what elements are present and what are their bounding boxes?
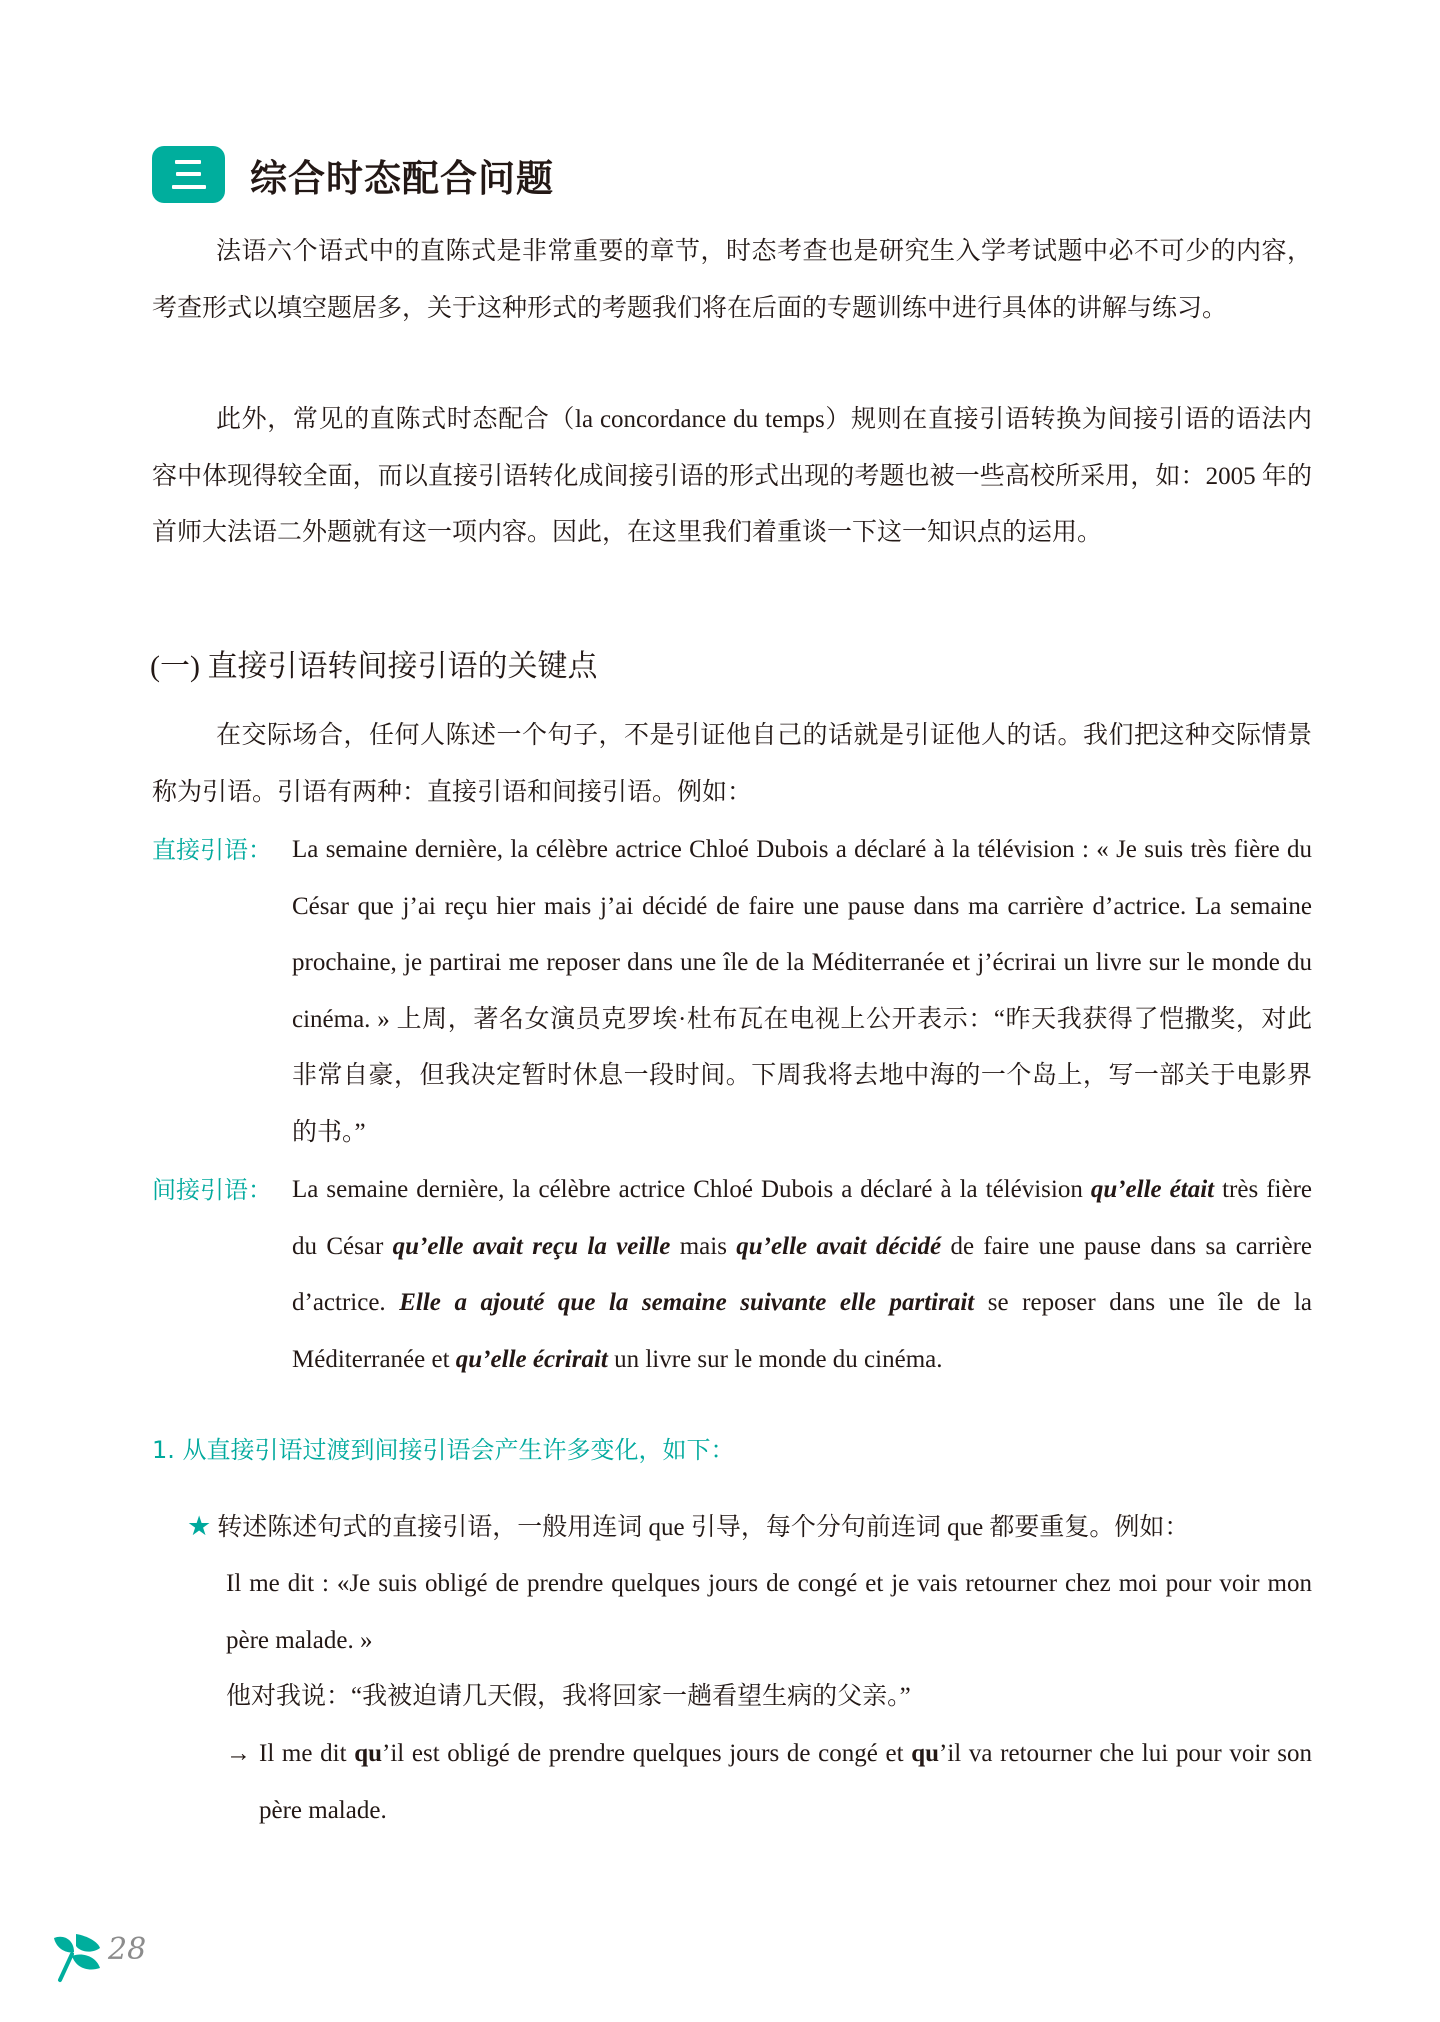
indirect-speech-label: 间接引语： (152, 1162, 272, 1219)
rule-heading: 1. 从直接引语过渡到间接引语会产生许多变化，如下： (152, 1430, 735, 1470)
section-number-badge (152, 146, 225, 203)
rule-example-french: Il me dit : «Je suis obligé de prendre q… (226, 1556, 1312, 1669)
arrow-right-icon: → (226, 1726, 251, 1783)
rule-star-item: ★转述陈述句式的直接引语，一般用连词 que 引导，每个分句前连词 que 都要… (187, 1498, 1312, 1557)
leaf-icon (48, 1932, 104, 1984)
direct-speech-label: 直接引语： (152, 822, 272, 879)
star-icon: ★ (187, 1511, 211, 1541)
rule-converted-example: → Il me dit qu’il est obligé de prendre … (226, 1726, 1312, 1839)
book-page: 综合时态配合问题 法语六个语式中的直陈式是非常重要的章节，时态考查也是研究生入学… (0, 0, 1440, 2022)
page-footer: 28 (48, 1932, 146, 1984)
subsection-title: (一) 直接引语转间接引语的关键点 (150, 647, 597, 687)
indirect-speech-text: La semaine dernière, la célèbre actrice … (292, 1162, 1312, 1388)
rule-example-chinese: 他对我说：“我被迫请几天假，我将回家一趟看望生病的父亲。” (226, 1669, 1312, 1726)
direct-speech-text: La semaine dernière, la célèbre actrice … (292, 822, 1312, 1161)
intro-paragraph-2: 此外，常见的直陈式时态配合（la concordance du temps）规则… (152, 392, 1312, 562)
intro-paragraph-1: 法语六个语式中的直陈式是非常重要的章节，时态考查也是研究生入学考试题中必不可少的… (152, 224, 1312, 337)
section-heading: 综合时态配合问题 (152, 146, 554, 203)
numeral-three-icon (171, 160, 207, 190)
rule-star-text: 转述陈述句式的直接引语，一般用连词 que 引导，每个分句前连词 que 都要重… (217, 1514, 1189, 1541)
indirect-speech-example: 间接引语： La semaine dernière, la célèbre ac… (152, 1162, 1312, 1388)
direct-speech-example: 直接引语： La semaine dernière, la célèbre ac… (152, 822, 1312, 1161)
section-title: 综合时态配合问题 (250, 148, 554, 202)
subsection-paragraph: 在交际场合，任何人陈述一个句子，不是引证他自己的话就是引证他人的话。我们把这种交… (152, 708, 1312, 821)
converted-text: Il me dit qu’il est obligé de prendre qu… (259, 1726, 1312, 1839)
page-number: 28 (108, 1932, 146, 1967)
